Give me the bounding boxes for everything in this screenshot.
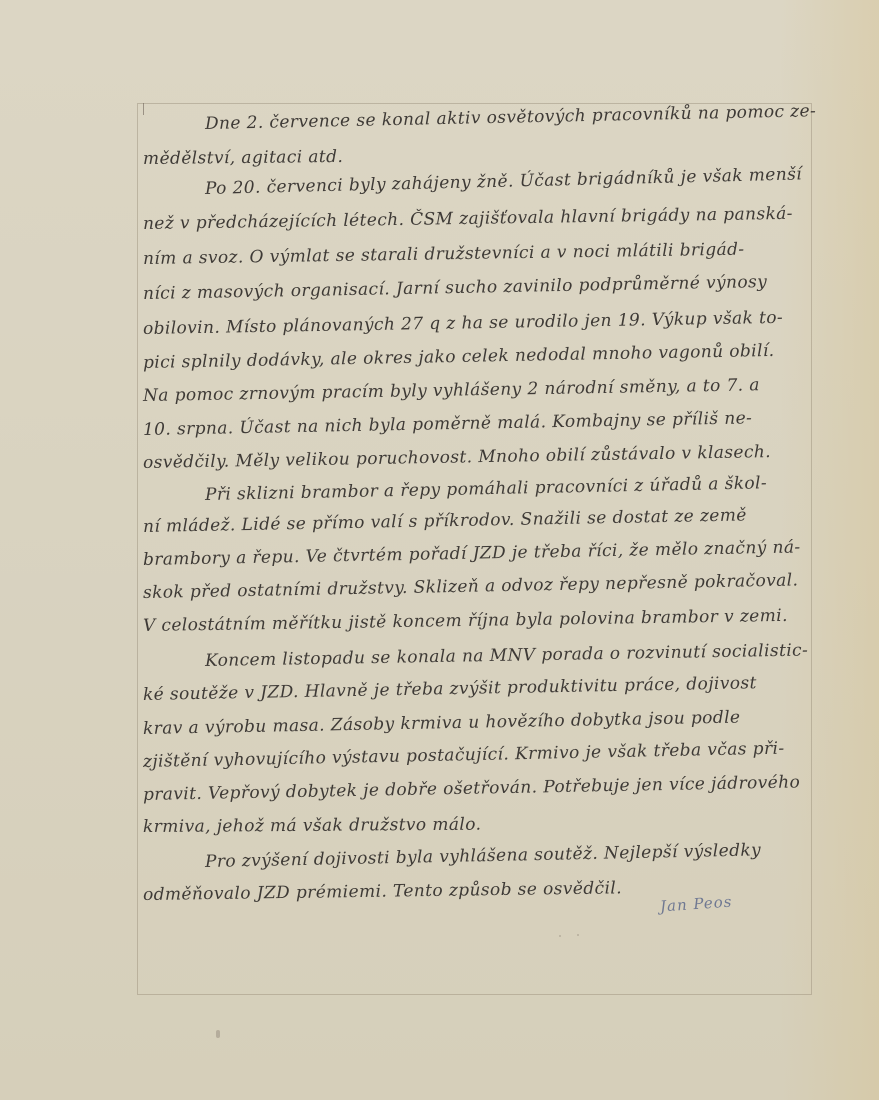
paper-speck xyxy=(559,935,561,937)
scanned-page: Dne 2. července se konal aktiv osvětovýc… xyxy=(0,0,879,1100)
text-line: mědělství, agitaci atd. xyxy=(143,147,343,169)
paper-speck xyxy=(577,934,579,936)
text-line: krmiva, jehož má však družstvo málo. xyxy=(143,815,482,837)
paper-smudge xyxy=(216,1030,220,1038)
frame-corner-mark xyxy=(143,103,144,115)
